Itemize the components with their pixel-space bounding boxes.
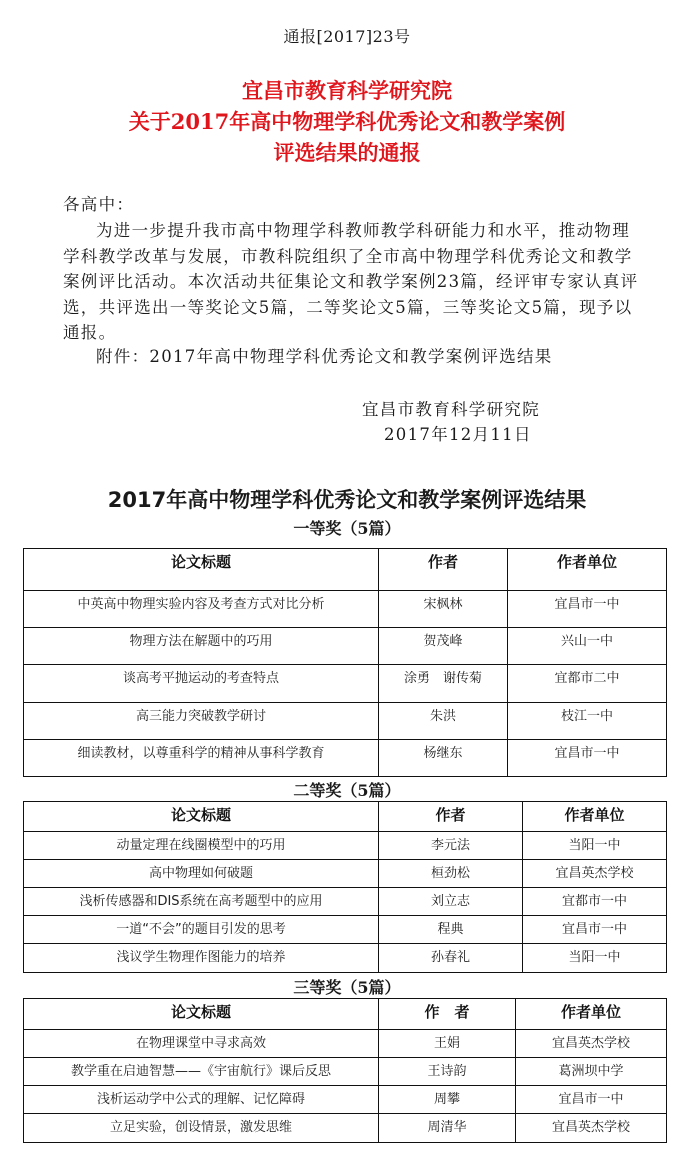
paper-unit: 宜昌英杰学校: [516, 1114, 667, 1143]
paper-author: 宋枫林: [379, 591, 508, 628]
paper-title: 谈高考平抛运动的考查特点: [24, 665, 379, 703]
attachment-note: 附件：2017年高中物理学科优秀论文和教学案例评选结果: [63, 344, 643, 370]
paper-author: 朱洪: [379, 703, 508, 740]
second-prize-heading: 二等奖（5篇）: [0, 778, 694, 801]
table-header-row: 论文标题 作者 作者单位: [24, 549, 667, 591]
paper-title: 细读教材，以尊重科学的精神从事科学教育: [24, 740, 379, 777]
paper-unit: 兴山一中: [508, 628, 667, 665]
third-prize-table: 论文标题 作 者 作者单位 在物理课堂中寻求高效 王娟 宜昌英杰学校 教学重在启…: [23, 998, 667, 1143]
table-row: 浅析传感器和DIS系统在高考题型中的应用 刘立志 宜都市一中: [24, 888, 667, 916]
paper-title: 一道“不会”的题目引发的思考: [24, 916, 379, 944]
paper-author: 孙春礼: [379, 944, 523, 973]
paper-unit: 枝江一中: [508, 703, 667, 740]
table-row: 高三能力突破教学研讨 朱洪 枝江一中: [24, 703, 667, 740]
col-header-title: 论文标题: [24, 999, 379, 1030]
paper-author: 李元法: [379, 832, 523, 860]
first-prize-heading: 一等奖（5篇）: [0, 516, 694, 539]
paper-author: 涂勇 谢传菊: [379, 665, 508, 703]
paper-title: 浅析运动学中公式的理解、记忆障碍: [24, 1086, 379, 1114]
col-header-title: 论文标题: [24, 549, 379, 591]
paper-author: 周攀: [379, 1086, 516, 1114]
first-prize-table: 论文标题 作者 作者单位 中英高中物理实验内容及考查方式对比分析 宋枫林 宜昌市…: [23, 548, 667, 777]
signature-date: 2017年12月11日: [384, 421, 532, 445]
col-header-author: 作者: [379, 802, 523, 832]
title-line-2: 关于2017年高中物理学科优秀论文和教学案例: [0, 107, 694, 137]
col-header-unit: 作者单位: [508, 549, 667, 591]
second-prize-table: 论文标题 作者 作者单位 动量定理在线圈模型中的巧用 李元法 当阳一中 高中物理…: [23, 801, 667, 973]
paper-author: 程典: [379, 916, 523, 944]
title-line-1: 宜昌市教育科学研究院: [0, 76, 694, 106]
paper-author: 周清华: [379, 1114, 516, 1143]
paper-author: 王娟: [379, 1030, 516, 1058]
table-row: 高中物理如何破题 桓劲松 宜昌英杰学校: [24, 860, 667, 888]
signature-org: 宜昌市教育科学研究院: [362, 396, 540, 420]
paper-title: 高三能力突破教学研讨: [24, 703, 379, 740]
paper-unit: 当阳一中: [523, 944, 667, 973]
paper-title: 立足实验，创设情景，激发思维: [24, 1114, 379, 1143]
table-row: 浅析运动学中公式的理解、记忆障碍 周攀 宜昌市一中: [24, 1086, 667, 1114]
paper-title: 物理方法在解题中的巧用: [24, 628, 379, 665]
paper-unit: 宜昌市一中: [516, 1086, 667, 1114]
table-row: 在物理课堂中寻求高效 王娟 宜昌英杰学校: [24, 1030, 667, 1058]
paper-author: 杨继东: [379, 740, 508, 777]
paper-title: 浅议学生物理作图能力的培养: [24, 944, 379, 973]
paper-unit: 葛洲坝中学: [516, 1058, 667, 1086]
paper-unit: 宜昌市一中: [508, 591, 667, 628]
table-row: 立足实验，创设情景，激发思维 周清华 宜昌英杰学校: [24, 1114, 667, 1143]
table-row: 教学重在启迪智慧——《宇宙航行》课后反思 王诗韵 葛洲坝中学: [24, 1058, 667, 1086]
table-row: 中英高中物理实验内容及考查方式对比分析 宋枫林 宜昌市一中: [24, 591, 667, 628]
paper-title: 高中物理如何破题: [24, 860, 379, 888]
title-line-3: 评选结果的通报: [0, 138, 694, 168]
col-header-title: 论文标题: [24, 802, 379, 832]
paper-title: 动量定理在线圈模型中的巧用: [24, 832, 379, 860]
paper-author: 贺茂峰: [379, 628, 508, 665]
table-row: 动量定理在线圈模型中的巧用 李元法 当阳一中: [24, 832, 667, 860]
paper-unit: 宜都市一中: [523, 888, 667, 916]
salutation: 各高中：: [63, 192, 643, 218]
col-header-author: 作者: [379, 549, 508, 591]
table-row: 一道“不会”的题目引发的思考 程典 宜昌市一中: [24, 916, 667, 944]
table-header-row: 论文标题 作 者 作者单位: [24, 999, 667, 1030]
paper-unit: 宜都市二中: [508, 665, 667, 703]
paper-title: 中英高中物理实验内容及考查方式对比分析: [24, 591, 379, 628]
table-header-row: 论文标题 作者 作者单位: [24, 802, 667, 832]
paper-author: 桓劲松: [379, 860, 523, 888]
paper-unit: 宜昌英杰学校: [516, 1030, 667, 1058]
paper-author: 王诗韵: [379, 1058, 516, 1086]
paper-title: 教学重在启迪智慧——《宇宙航行》课后反思: [24, 1058, 379, 1086]
third-prize-heading: 三等奖（5篇）: [0, 975, 694, 998]
table-row: 细读教材，以尊重科学的精神从事科学教育 杨继东 宜昌市一中: [24, 740, 667, 777]
table-row: 浅议学生物理作图能力的培养 孙春礼 当阳一中: [24, 944, 667, 973]
table-row: 谈高考平抛运动的考查特点 涂勇 谢传菊 宜都市二中: [24, 665, 667, 703]
col-header-author: 作 者: [379, 999, 516, 1030]
body-paragraph: 为进一步提升我市高中物理学科教师教学科研能力和水平，推动物理学科教学改革与发展，…: [63, 218, 643, 346]
paper-unit: 宜昌市一中: [508, 740, 667, 777]
paper-author: 刘立志: [379, 888, 523, 916]
col-header-unit: 作者单位: [523, 802, 667, 832]
col-header-unit: 作者单位: [516, 999, 667, 1030]
results-title: 2017年高中物理学科优秀论文和教学案例评选结果: [0, 484, 694, 514]
paper-unit: 当阳一中: [523, 832, 667, 860]
paper-title: 在物理课堂中寻求高效: [24, 1030, 379, 1058]
paper-title: 浅析传感器和DIS系统在高考题型中的应用: [24, 888, 379, 916]
document-number: 通报[2017]23号: [0, 24, 694, 47]
table-row: 物理方法在解题中的巧用 贺茂峰 兴山一中: [24, 628, 667, 665]
paper-unit: 宜昌英杰学校: [523, 860, 667, 888]
paper-unit: 宜昌市一中: [523, 916, 667, 944]
